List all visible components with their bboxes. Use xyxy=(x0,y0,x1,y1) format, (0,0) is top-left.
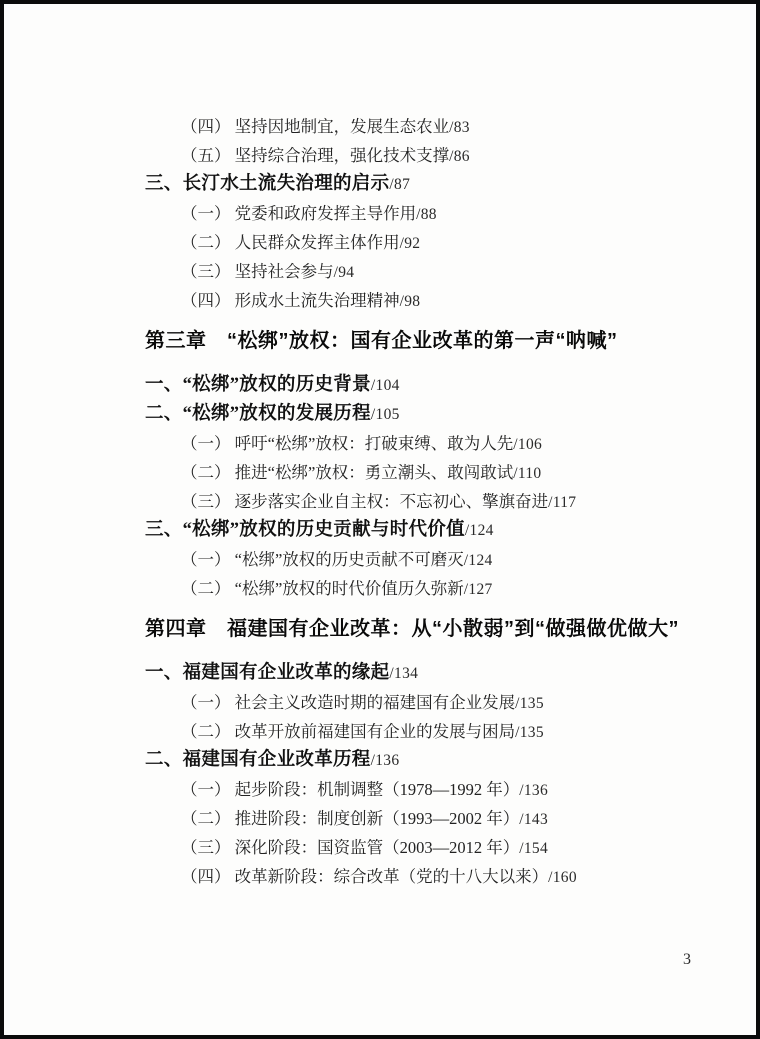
toc-entry-page: /83 xyxy=(449,119,470,136)
toc-entry-label: 第三章 “松绑”放权：国有企业改革的第一声“呐喊” xyxy=(145,330,618,352)
toc-entry-label: （二） 推进“松绑”放权：勇立潮头、敢闯敢试 xyxy=(181,463,513,482)
toc-entry-label: （三） 坚持社会参与 xyxy=(181,262,334,281)
toc-entry-page: /98 xyxy=(400,293,421,310)
toc-entry-label: 二、福建国有企业改革历程 xyxy=(145,750,371,770)
toc-item: （五） 坚持综合治理，强化技术支撑/86 xyxy=(181,141,756,170)
toc-entry-label: （二） 人民群众发挥主体作用 xyxy=(181,233,400,252)
toc-entry-label: （四） 坚持因地制宜，发展生态农业 xyxy=(181,117,449,136)
toc-entry-page: /106 xyxy=(513,436,542,453)
toc-entry-page: /135 xyxy=(515,695,544,712)
toc-entry-label: （三） 深化阶段：国资监管（2003—2012 年） xyxy=(181,838,519,857)
toc-entry-label: （一） 呼吁“松绑”放权：打破束缚、敢为人先 xyxy=(181,434,513,453)
toc-entry-page: /94 xyxy=(334,264,355,281)
toc-entry-page: /87 xyxy=(389,176,410,193)
toc-entry-label: （一） “松绑”放权的历史贡献不可磨灭 xyxy=(181,550,464,569)
toc-entry-page: /110 xyxy=(513,465,541,482)
toc-entry-page: /154 xyxy=(519,840,548,857)
toc-entry-page: /135 xyxy=(515,724,544,741)
toc-entry-page: /124 xyxy=(464,552,493,569)
toc-entry-label: 二、“松绑”放权的发展历程 xyxy=(145,404,371,424)
toc-entry-label: （三） 逐步落实企业自主权：不忘初心、擎旗奋进 xyxy=(181,492,548,511)
toc-item: （一） “松绑”放权的历史贡献不可磨灭/124 xyxy=(181,545,756,574)
toc-item: （四） 形成水土流失治理精神/98 xyxy=(181,286,756,315)
toc-entry-page: /105 xyxy=(371,406,400,423)
toc-entry-label: （一） 党委和政府发挥主导作用 xyxy=(181,204,416,223)
toc-entry-label: （二） 推进阶段：制度创新（1993—2002 年） xyxy=(181,809,519,828)
toc-entry-page: /136 xyxy=(371,752,400,769)
toc-section: 三、长汀水土流失治理的启示/87 xyxy=(145,170,756,199)
toc-item: （三） 坚持社会参与/94 xyxy=(181,257,756,286)
toc-item: （四） 坚持因地制宜，发展生态农业/83 xyxy=(181,112,756,141)
toc-section: 二、福建国有企业改革历程/136 xyxy=(145,746,756,775)
toc-entry-label: （五） 坚持综合治理，强化技术支撑 xyxy=(181,146,449,165)
toc-entry-label: （二） “松绑”放权的时代价值历久弥新 xyxy=(181,579,464,598)
toc-item: （一） 起步阶段：机制调整（1978—1992 年）/136 xyxy=(181,775,756,804)
toc-section: 三、“松绑”放权的历史贡献与时代价值/124 xyxy=(145,516,756,545)
toc-section: 二、“松绑”放权的发展历程/105 xyxy=(145,400,756,429)
toc-entry-page: /117 xyxy=(548,494,576,511)
toc-item: （一） 社会主义改造时期的福建国有企业发展/135 xyxy=(181,688,756,717)
toc-list: （四） 坚持因地制宜，发展生态农业/83（五） 坚持综合治理，强化技术支撑/86… xyxy=(4,112,756,891)
toc-item: （一） 呼吁“松绑”放权：打破束缚、敢为人先/106 xyxy=(181,429,756,458)
toc-entry-page: /134 xyxy=(389,665,418,682)
toc-entry-label: 三、长汀水土流失治理的启示 xyxy=(145,174,389,194)
toc-entry-page: /92 xyxy=(400,235,421,252)
toc-section: 一、福建国有企业改革的缘起/134 xyxy=(145,659,756,688)
toc-entry-label: （四） 形成水土流失治理精神 xyxy=(181,291,400,310)
toc-item: （二） 推进“松绑”放权：勇立潮头、敢闯敢试/110 xyxy=(181,458,756,487)
toc-entry-page: /143 xyxy=(519,811,548,828)
toc-item: （二） 改革开放前福建国有企业的发展与困局/135 xyxy=(181,717,756,746)
toc-item: （二） “松绑”放权的时代价值历久弥新/127 xyxy=(181,574,756,603)
toc-entry-page: /136 xyxy=(519,782,548,799)
toc-entry-label: （四） 改革新阶段：综合改革（党的十八大以来） xyxy=(181,867,548,886)
toc-entry-label: （一） 起步阶段：机制调整（1978—1992 年） xyxy=(181,780,519,799)
book-toc-page: （四） 坚持因地制宜，发展生态农业/83（五） 坚持综合治理，强化技术支撑/86… xyxy=(0,0,760,1039)
toc-section: 一、“松绑”放权的历史背景/104 xyxy=(145,371,756,400)
toc-entry-page: /88 xyxy=(416,206,437,223)
toc-entry-label: 第四章 福建国有企业改革：从“小散弱”到“做强做优做大” xyxy=(145,618,679,640)
toc-entry-page: /104 xyxy=(371,377,400,394)
toc-item: （三） 深化阶段：国资监管（2003—2012 年）/154 xyxy=(181,833,756,862)
toc-chapter: 第四章 福建国有企业改革：从“小散弱”到“做强做优做大” xyxy=(145,615,756,644)
toc-entry-page: /127 xyxy=(464,581,493,598)
toc-chapter: 第三章 “松绑”放权：国有企业改革的第一声“呐喊” xyxy=(145,327,756,356)
toc-entry-label: （二） 改革开放前福建国有企业的发展与困局 xyxy=(181,722,515,741)
toc-entry-label: 一、“松绑”放权的历史背景 xyxy=(145,375,371,395)
toc-item: （四） 改革新阶段：综合改革（党的十八大以来）/160 xyxy=(181,862,756,891)
toc-entry-label: 一、福建国有企业改革的缘起 xyxy=(145,663,389,683)
toc-entry-page: /124 xyxy=(465,522,494,539)
toc-item: （三） 逐步落实企业自主权：不忘初心、擎旗奋进/117 xyxy=(181,487,756,516)
toc-entry-label: （一） 社会主义改造时期的福建国有企业发展 xyxy=(181,693,515,712)
toc-item: （一） 党委和政府发挥主导作用/88 xyxy=(181,199,756,228)
toc-entry-page: /160 xyxy=(548,869,577,886)
toc-item: （二） 推进阶段：制度创新（1993—2002 年）/143 xyxy=(181,804,756,833)
toc-item: （二） 人民群众发挥主体作用/92 xyxy=(181,228,756,257)
page-number: 3 xyxy=(683,951,691,969)
toc-entry-page: /86 xyxy=(449,148,470,165)
toc-entry-label: 三、“松绑”放权的历史贡献与时代价值 xyxy=(145,520,465,540)
